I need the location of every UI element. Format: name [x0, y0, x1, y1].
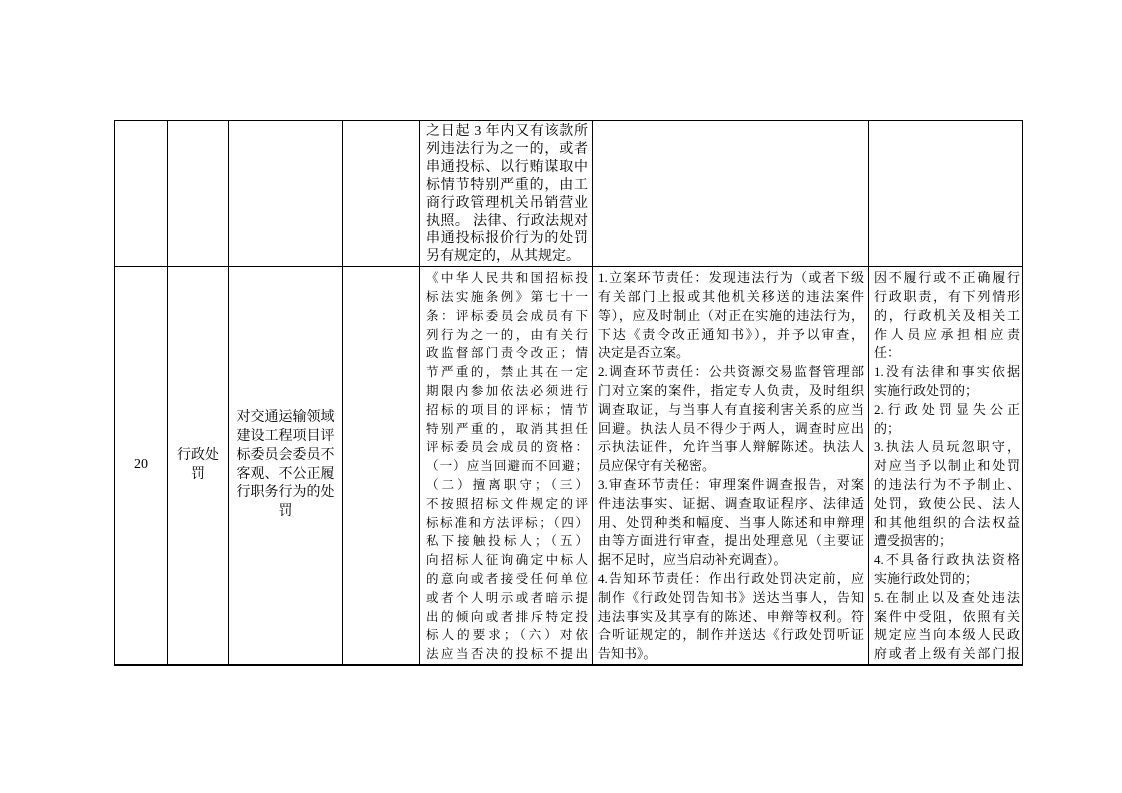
- legal-basis-text: 《中华人民共和国招标投标法实施条例》第七十一条：评标委员会成员有下列行为之一的，…: [426, 269, 588, 664]
- penalty-category-text: 行政处罚: [168, 447, 228, 485]
- document-page: 之日起 3 年内又有该款所列违法行为之一的，或者串通投标、以行贿谋取中标情节特别…: [0, 0, 1122, 793]
- cell-empty-column: [343, 267, 420, 665]
- cell-accountability-empty: [869, 121, 1023, 267]
- row-item-20: 20 行政处罚 对交通运输领域建设工程项目评标委员会委员不客观、不公正履行职务行…: [115, 267, 1023, 665]
- legal-basis-continued-text: 之日起 3 年内又有该款所列违法行为之一的，或者串通投标、以行贿谋取中标情节特别…: [426, 123, 588, 266]
- cell-seq-no: 20: [115, 267, 168, 665]
- item-name-text: 对交通运输领域建设工程项目评标委员会委员不客观、不公正履行职务行为的处罚: [229, 409, 342, 522]
- cell-item-name-empty: [229, 121, 343, 267]
- cell-duties-empty: [593, 121, 869, 267]
- cell-duties: 1.立案环节责任：发现违法行为（或者下级有关部门上报或其他机关移送的违法案件等）…: [593, 267, 869, 665]
- cell-legal-basis-continued: 之日起 3 年内又有该款所列违法行为之一的，或者串通投标、以行贿谋取中标情节特别…: [420, 121, 593, 267]
- cell-item-name: 对交通运输领域建设工程项目评标委员会委员不客观、不公正履行职务行为的处罚: [229, 267, 343, 665]
- cell-penalty-category: 行政处罚: [168, 267, 229, 665]
- penalty-duty-table: 之日起 3 年内又有该款所列违法行为之一的，或者串通投标、以行贿谋取中标情节特别…: [114, 120, 1023, 666]
- cell-seq-no-empty: [115, 121, 168, 267]
- seq-no: 20: [134, 457, 148, 472]
- accountability-text: 因不履行或不正确履行行政职责，有下列情形的，行政机关及相关工作人员应承担相应责任…: [874, 269, 1020, 664]
- row-continued: 之日起 3 年内又有该款所列违法行为之一的，或者串通投标、以行贿谋取中标情节特别…: [115, 121, 1023, 267]
- cell-legal-basis: 《中华人民共和国招标投标法实施条例》第七十一条：评标委员会成员有下列行为之一的，…: [420, 267, 593, 665]
- cell-category-empty: [168, 121, 229, 267]
- cell-accountability: 因不履行或不正确履行行政职责，有下列情形的，行政机关及相关工作人员应承担相应责任…: [869, 267, 1023, 665]
- cell-empty-column: [343, 121, 420, 267]
- duties-text: 1.立案环节责任：发现违法行为（或者下级有关部门上报或其他机关移送的违法案件等）…: [598, 269, 864, 664]
